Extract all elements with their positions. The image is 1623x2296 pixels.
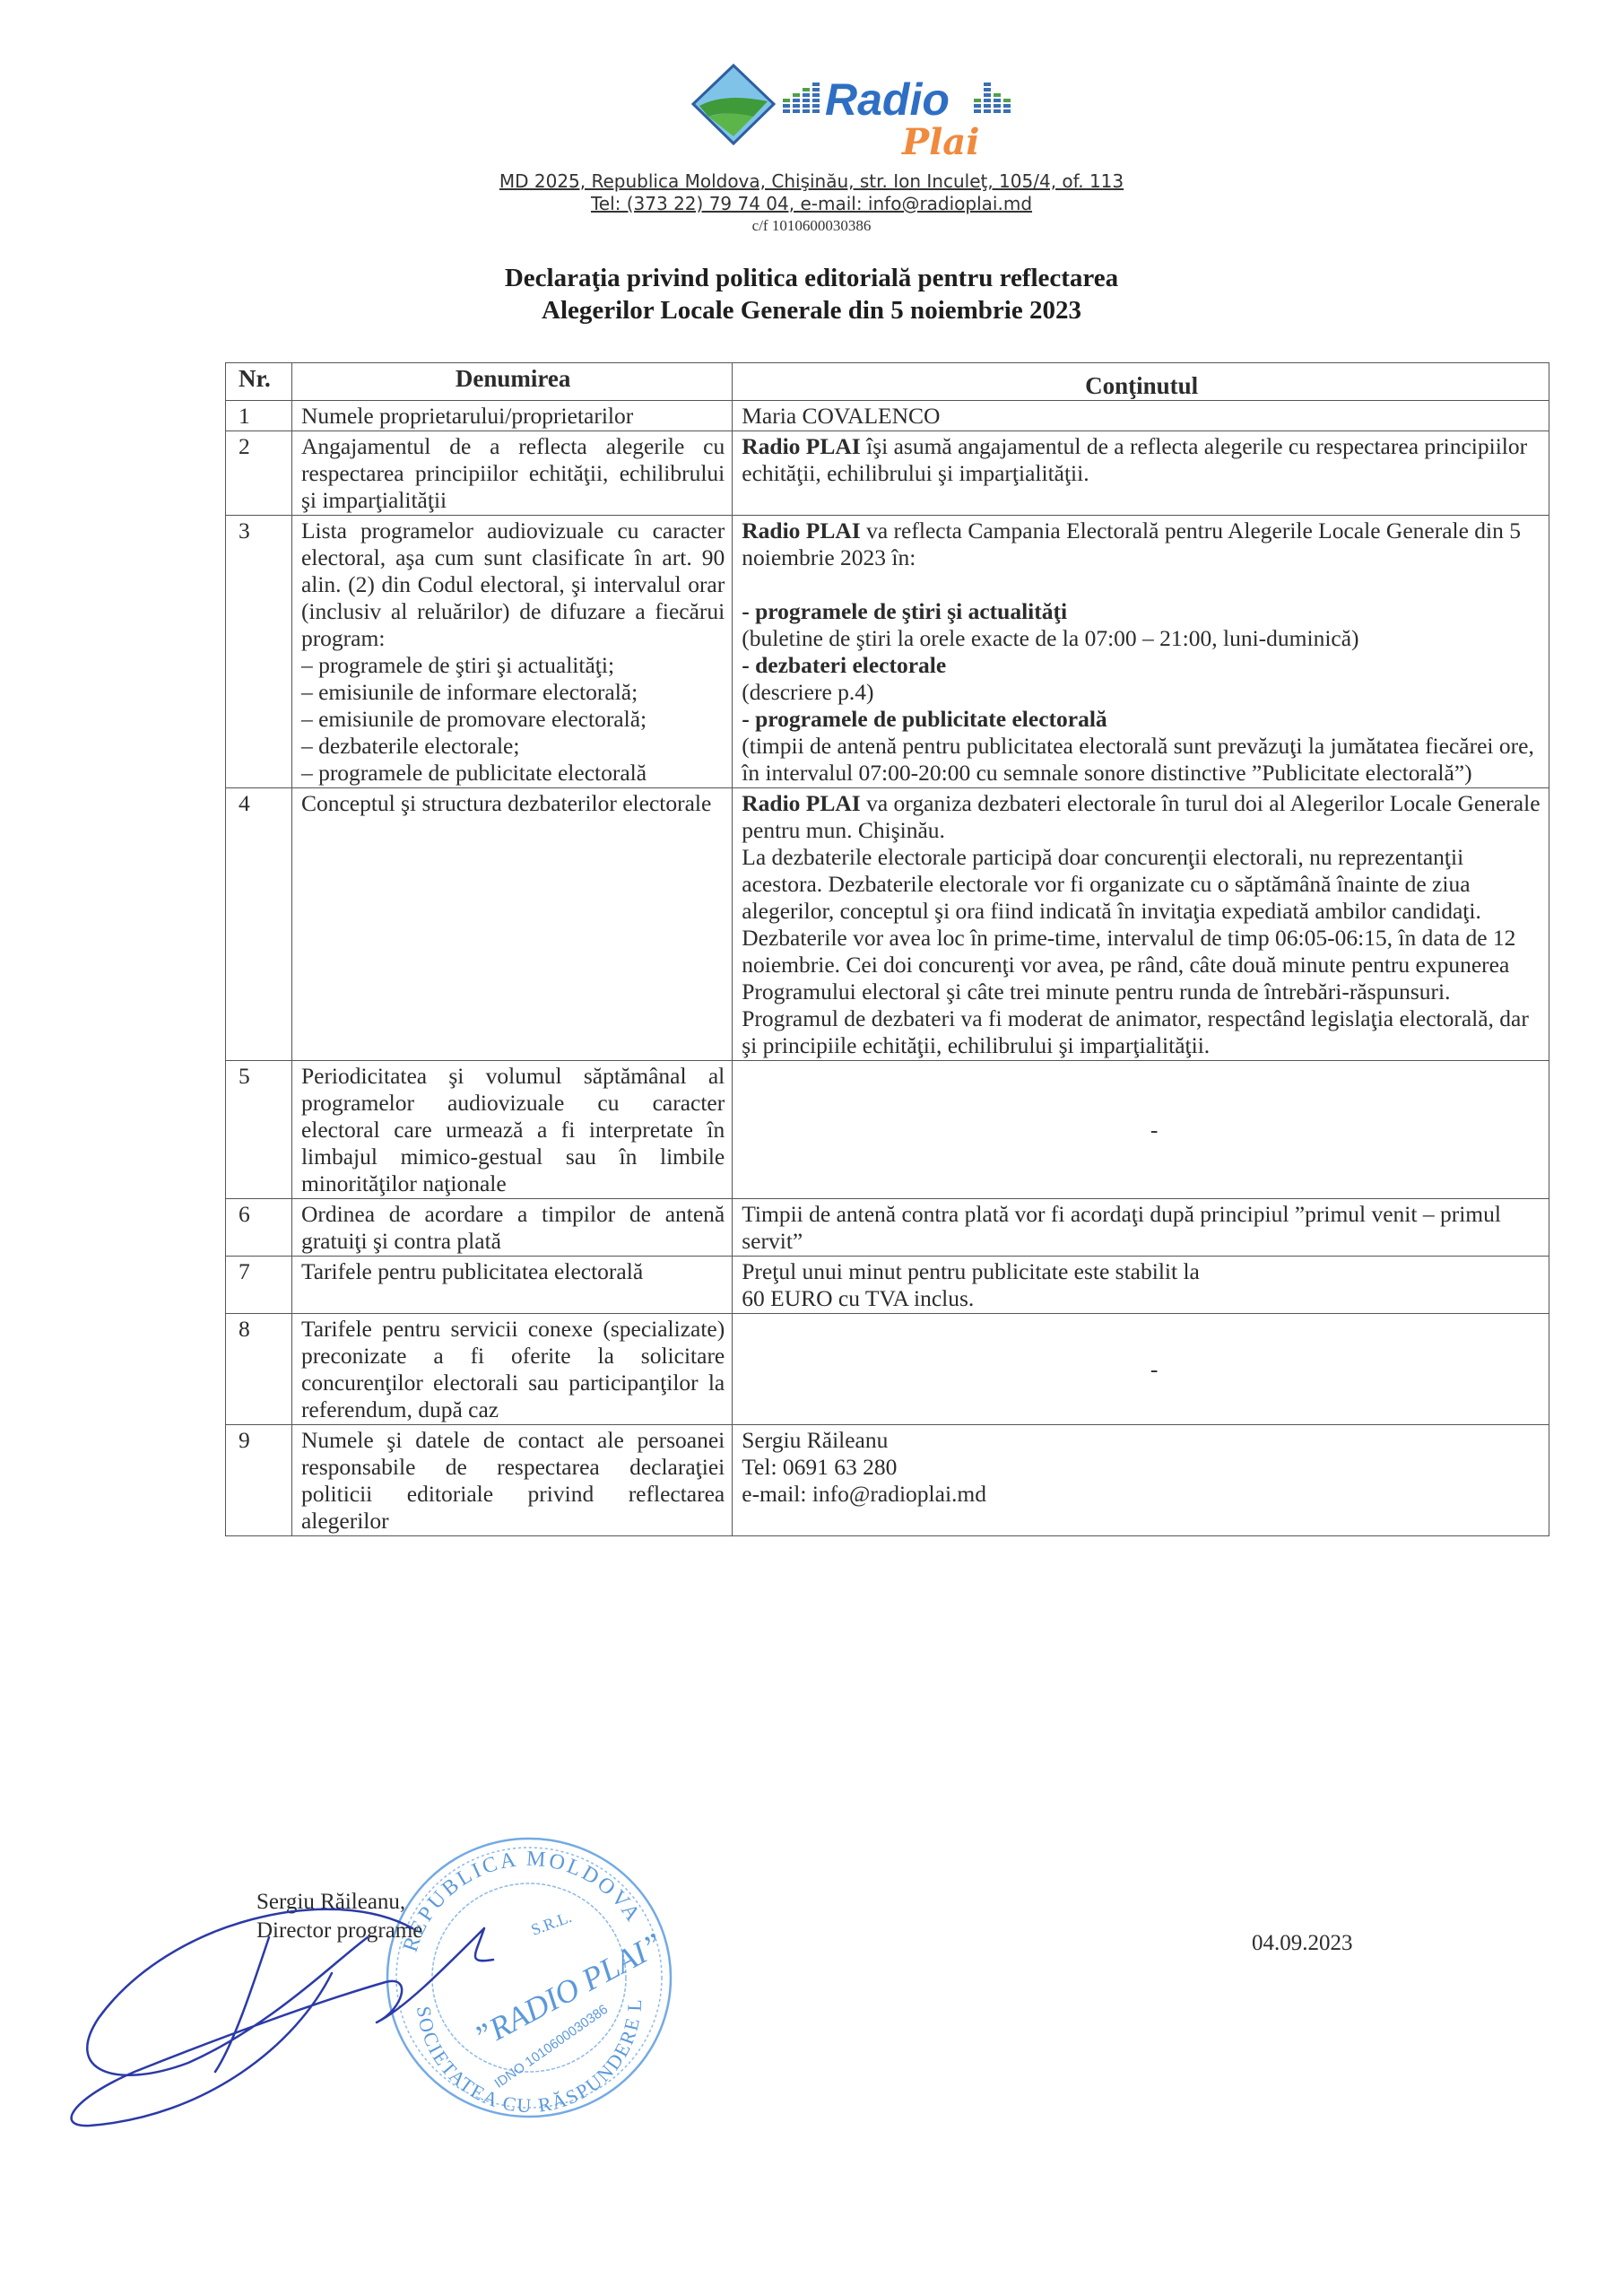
header-continutul: Conţinutul	[733, 363, 1549, 401]
radio-plai-logo: Radio Plai	[689, 61, 1047, 160]
landscape-diamond-icon	[693, 65, 774, 143]
row-continutul: Preţul unui minut pentru publicitate est…	[733, 1257, 1549, 1314]
row-denumirea: Periodicitatea şi volumul săptămânal al …	[291, 1061, 732, 1199]
table-row: 6 Ordinea de acordare a timpilor de ante…	[226, 1199, 1549, 1257]
table-row: 8 Tarifele pentru servicii conexe (speci…	[226, 1314, 1549, 1425]
letterhead-address: MD 2025, Republica Moldova, Chişinău, st…	[0, 170, 1623, 192]
document-title-line1: Declaraţia privind politica editorială p…	[0, 262, 1623, 294]
row-denumirea: Ordinea de acordare a timpilor de antenă…	[291, 1199, 732, 1257]
document-date: 04.09.2023	[1252, 1931, 1353, 1956]
program-type-item: – dezbaterile electorale;	[301, 733, 725, 760]
row-continutul: Radio PLAI va organiza dezbateri elector…	[733, 788, 1549, 1061]
contact-phone: Tel: 0691 63 280	[742, 1454, 1541, 1481]
station-name: Radio PLAI	[742, 433, 860, 459]
document-title-line2: Alegerilor Locale Generale din 5 noiembr…	[0, 294, 1623, 326]
row-denumirea: Numele proprietarului/proprietarilor	[291, 401, 732, 431]
table-row: 9 Numele şi datele de contact ale persoa…	[226, 1425, 1549, 1536]
row-number: 8	[226, 1314, 292, 1425]
program-item-desc: (buletine de ştiri la orele exacte de la…	[742, 625, 1541, 652]
letterhead-contact: Tel: (373 22) 79 74 04, e-mail: info@rad…	[0, 193, 1623, 214]
row-number: 2	[226, 431, 292, 516]
row-number: 7	[226, 1257, 292, 1314]
row-continutul: Maria COVALENCO	[733, 401, 1549, 431]
editorial-policy-table: Nr. Denumirea Conţinutul 1 Numele propri…	[225, 362, 1549, 1536]
row-continutul-empty: -	[733, 1061, 1549, 1199]
row-denumirea: Angajamentul de a reflecta alegerile cu …	[291, 431, 732, 516]
equalizer-right-icon	[974, 83, 1011, 113]
table-row: 2 Angajamentul de a reflecta alegerile c…	[226, 431, 1549, 516]
program-item-title: - programele de publicitate electorală	[742, 706, 1541, 733]
header-denumirea: Denumirea	[291, 363, 732, 401]
row-denumirea: Tarifele pentru publicitatea electorală	[291, 1257, 732, 1314]
program-type-item: – programele de publicitate electorală	[301, 760, 725, 787]
row-continutul: Timpii de antenă contra plată vor fi aco…	[733, 1199, 1549, 1257]
row-continutul: Sergiu Răileanu Tel: 0691 63 280 e-mail:…	[733, 1425, 1549, 1536]
logo-word-plai: Plai	[901, 121, 979, 160]
debate-description: La dezbaterile electorale participă doar…	[742, 844, 1541, 1059]
electoral-ad-price: 60 EURO cu TVA inclus.	[742, 1285, 1541, 1312]
table-row: 4 Conceptul şi structura dezbaterilor el…	[226, 788, 1549, 1061]
row-denumirea: Conceptul şi structura dezbaterilor elec…	[291, 788, 732, 1061]
row-continutul-empty: -	[733, 1314, 1549, 1425]
row-number: 3	[226, 516, 292, 788]
row-number: 9	[226, 1425, 292, 1536]
program-type-item: – emisiunile de promovare electorală;	[301, 706, 725, 733]
table-row: 7 Tarifele pentru publicitatea electoral…	[226, 1257, 1549, 1314]
letterhead-fiscal-code: c/f 1010600030386	[0, 217, 1623, 235]
table-header-row: Nr. Denumirea Conţinutul	[226, 363, 1549, 401]
row-continutul: Radio PLAI va reflecta Campania Electora…	[733, 516, 1549, 788]
row-number: 6	[226, 1199, 292, 1257]
program-item-title: - dezbateri electorale	[742, 652, 1541, 679]
station-name: Radio PLAI	[742, 790, 860, 816]
row-number: 1	[226, 401, 292, 431]
program-type-item: – programele de ştiri şi actualităţi;	[301, 652, 725, 679]
row-denumirea: Tarifele pentru servicii conexe (special…	[291, 1314, 732, 1425]
program-item-desc: (descriere p.4)	[742, 679, 1541, 706]
program-type-item: – emisiunile de informare electorală;	[301, 679, 725, 706]
contact-email: e-mail: info@radioplai.md	[742, 1481, 1541, 1508]
row-number: 5	[226, 1061, 292, 1199]
row-denumirea: Lista programelor audiovizuale cu caract…	[291, 516, 732, 788]
contact-name: Sergiu Răileanu	[742, 1427, 1541, 1454]
table-row: 5 Periodicitatea şi volumul săptămânal a…	[226, 1061, 1549, 1199]
table-row: 1 Numele proprietarului/proprietarilor M…	[226, 401, 1549, 431]
handwritten-signature	[63, 1865, 565, 2135]
table-row: 3 Lista programelor audiovizuale cu cara…	[226, 516, 1549, 788]
equalizer-left-icon	[783, 83, 820, 113]
row-continutul: Radio PLAI îşi asumă angajamentul de a r…	[733, 431, 1549, 516]
row-number: 4	[226, 788, 292, 1061]
logo-word-radio: Radio	[825, 74, 950, 125]
row-denumirea: Numele şi datele de contact ale persoane…	[291, 1425, 732, 1536]
program-item-title: - programele de ştiri şi actualităţi	[742, 598, 1541, 625]
station-name: Radio PLAI	[742, 517, 860, 544]
header-nr: Nr.	[226, 363, 292, 401]
program-item-desc: (timpii de antenă pentru publicitatea el…	[742, 733, 1541, 787]
